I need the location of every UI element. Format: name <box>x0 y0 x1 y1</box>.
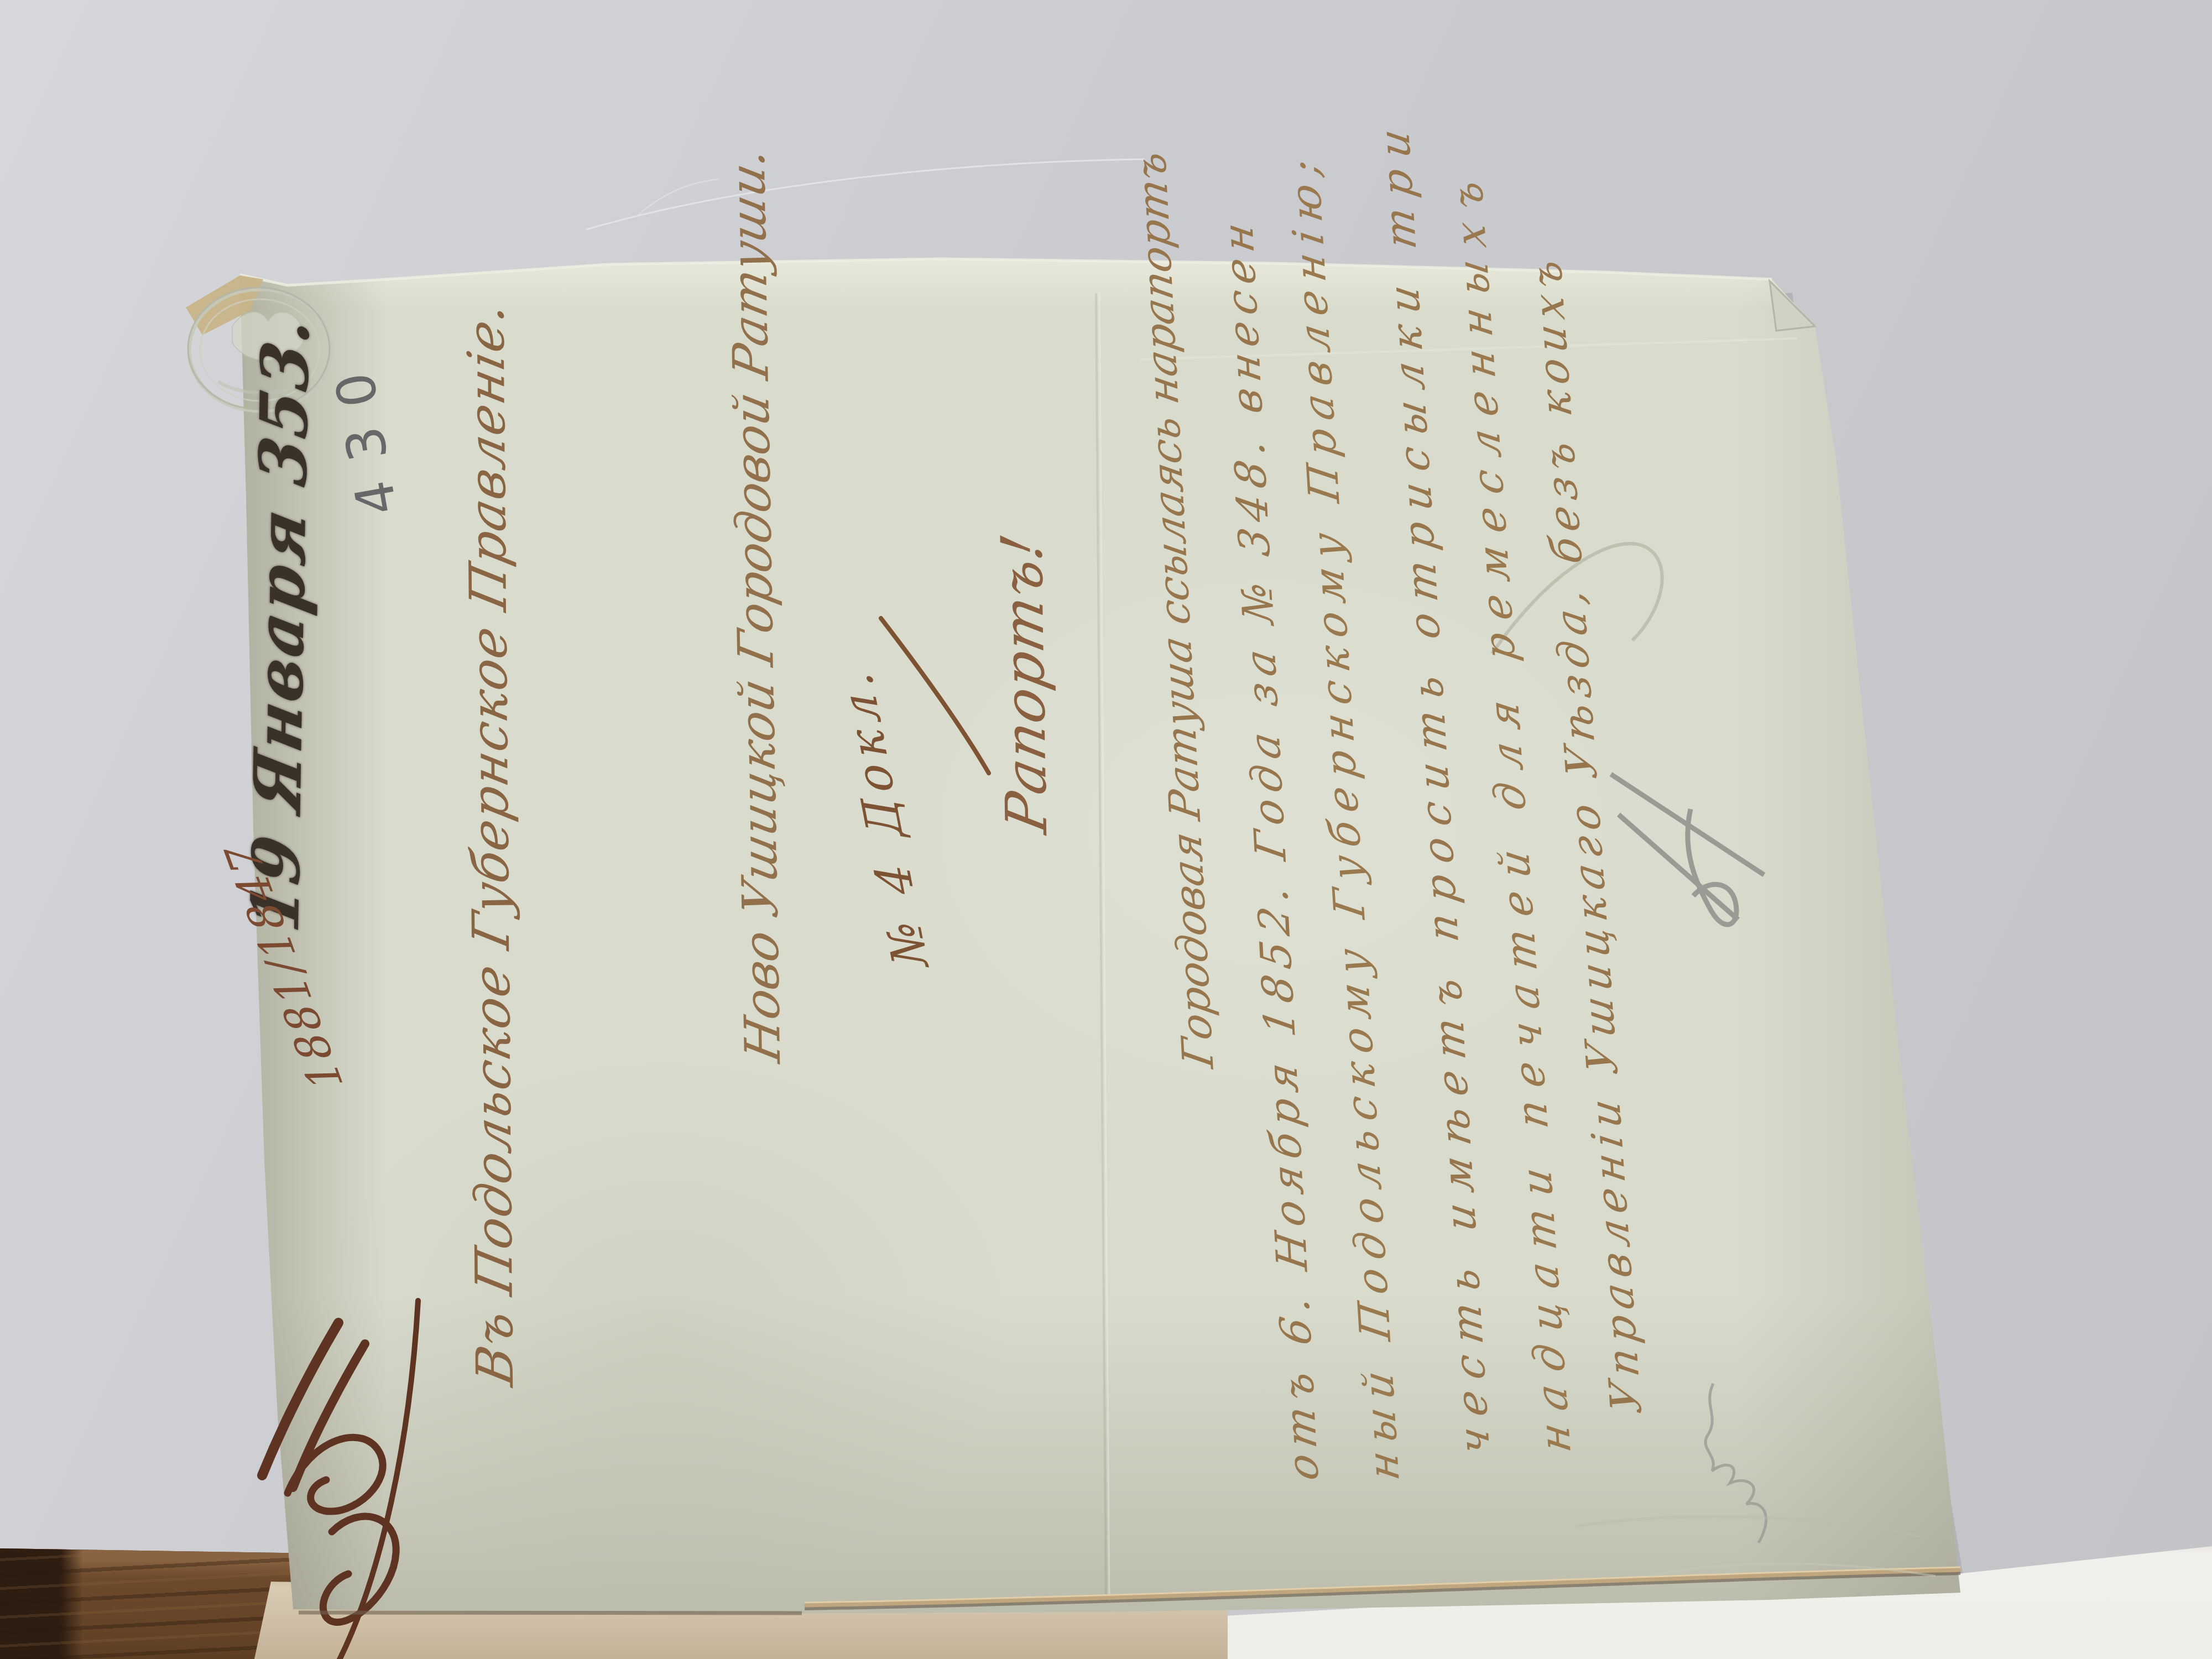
report-title: Рапортъ! <box>989 529 1061 838</box>
paper-wrinkle <box>1576 1517 1924 1537</box>
ink-signature-mark <box>262 1301 418 1659</box>
pencil-h-mark <box>1611 774 1764 925</box>
pencil-corner-scribble <box>1705 1384 1766 1543</box>
dog-ear-fold <box>1770 281 1815 331</box>
photo-of-archival-document: 19 Января 353. 1881/1847 430 Въ Подольск… <box>0 0 2212 1659</box>
bottom-edge-shadow <box>299 1613 802 1613</box>
address-line: Въ Подольское Губернское Правленіе. <box>456 296 525 1390</box>
binding-cord-highlight <box>805 1567 1960 1603</box>
detail-layer <box>0 0 2212 1659</box>
